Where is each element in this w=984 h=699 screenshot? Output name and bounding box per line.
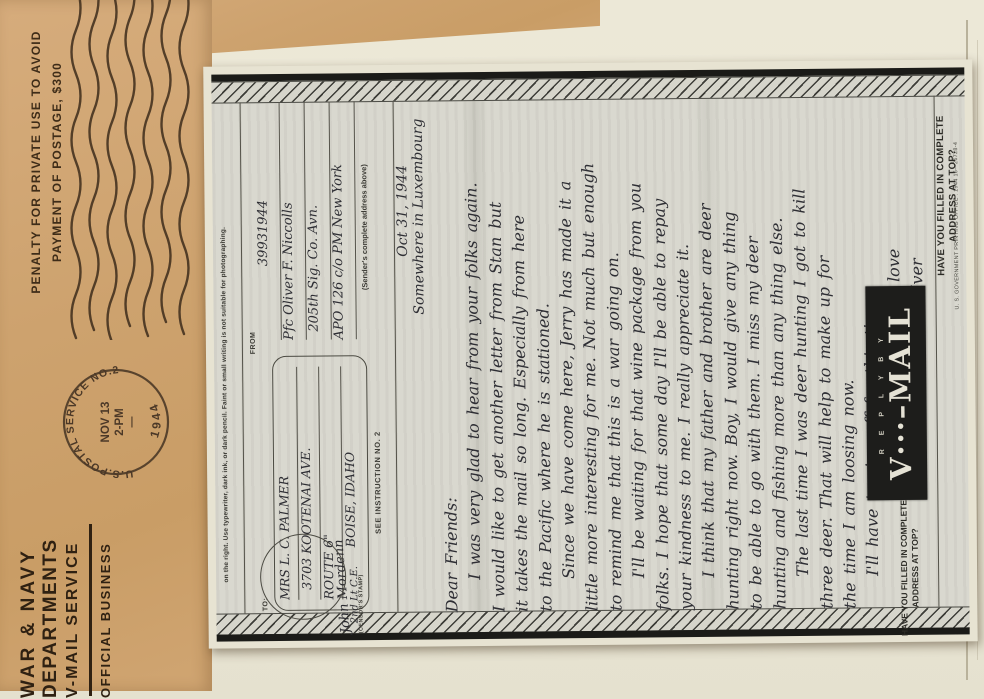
from-box: FROM 39931944 Pfc Oliver F. Niccolls 205…	[248, 101, 396, 354]
letter-line: little more interesting for me. Not much…	[576, 99, 604, 611]
from-address: APO 126 c/o PM New York	[330, 101, 357, 339]
penalty-notice: PENALTY FOR PRIVATE USE TO AVOID PAYMENT…	[26, 6, 80, 318]
from-serial-value: 39931944	[256, 200, 272, 266]
penalty-line-2: PAYMENT OF POSTAGE, $300	[47, 6, 68, 318]
dept-divider-rule	[89, 524, 92, 696]
postmark-date: NOV 13	[100, 402, 112, 443]
dept-line-3: V-MAIL SERVICE	[64, 486, 82, 698]
vmail-letter: on the right. Use typewriter, dark ink, …	[203, 59, 978, 648]
reply-box-inner: R E P L Y B Y V···–MAIL	[865, 286, 927, 501]
letter-place: Somewhere in Luxembourg	[410, 99, 428, 315]
postmark-dash: —	[126, 417, 138, 428]
address-reminder-bottom-line2: ADDRESS AT TOP?	[909, 492, 921, 644]
cancellation-wavy-lines-icon	[66, 0, 206, 340]
from-serial: 39931944	[255, 102, 282, 340]
svg-text:1944: 1944	[145, 400, 164, 440]
from-address-value: APO 126 c/o PM New York	[330, 164, 347, 340]
letter-signature: Oliver	[904, 96, 929, 308]
postmark-time: 2-PM	[114, 408, 126, 435]
censor-stamp-circle	[260, 533, 347, 620]
dept-line-2: DEPARTMENTS	[40, 486, 62, 698]
censor-stamp-label: (CENSOR'S STAMP)	[358, 553, 369, 633]
letter-body: Dear Friends: I was very glad to hear fr…	[436, 96, 939, 613]
penalty-line-1: PENALTY FOR PRIVATE USE TO AVOID	[26, 6, 47, 318]
envelope: PENALTY FOR PRIVATE USE TO AVOID PAYMENT…	[0, 0, 212, 691]
war-navy-departments-block: WAR & NAVY DEPARTMENTS V-MAIL SERVICE OF…	[18, 486, 168, 698]
address-reminder-bottom: HAVE YOU FILLED IN COMPLETE ADDRESS AT T…	[898, 492, 930, 644]
address-reminder-bottom-line1: HAVE YOU FILLED IN COMPLETE	[898, 492, 910, 644]
reply-by-vmail-box: R E P L Y B Y V···–MAIL	[865, 286, 927, 501]
from-unit: 205th Sig. Co. Avn.	[305, 101, 332, 339]
from-unit-value: 205th Sig. Co. Avn.	[306, 205, 322, 332]
letter-date: Oct 31, 1944	[394, 99, 412, 257]
dept-line-1: WAR & NAVY	[18, 486, 40, 698]
from-name: Pfc Oliver F. Niccolls	[280, 102, 307, 340]
from-name-value: Pfc Oliver F. Niccolls	[281, 202, 297, 340]
backing-sheet-edge-2	[977, 40, 978, 660]
postmark-year: 1944	[145, 400, 164, 440]
scanned-vmail-scene: PENALTY FOR PRIVATE USE TO AVOID PAYMENT…	[0, 0, 984, 699]
sender-note: (Sender's complete address above)	[359, 101, 370, 353]
dept-line-4: OFFICIAL BUSINESS	[98, 486, 113, 698]
postmark-stamp: U.S.POSTAL SERVICE NO.2 1944 NOV 13 2-PM…	[56, 362, 176, 482]
letter-lines: I was very glad to hear from your folks …	[459, 96, 885, 612]
vmail-logo-text: V···–MAIL	[884, 306, 916, 480]
